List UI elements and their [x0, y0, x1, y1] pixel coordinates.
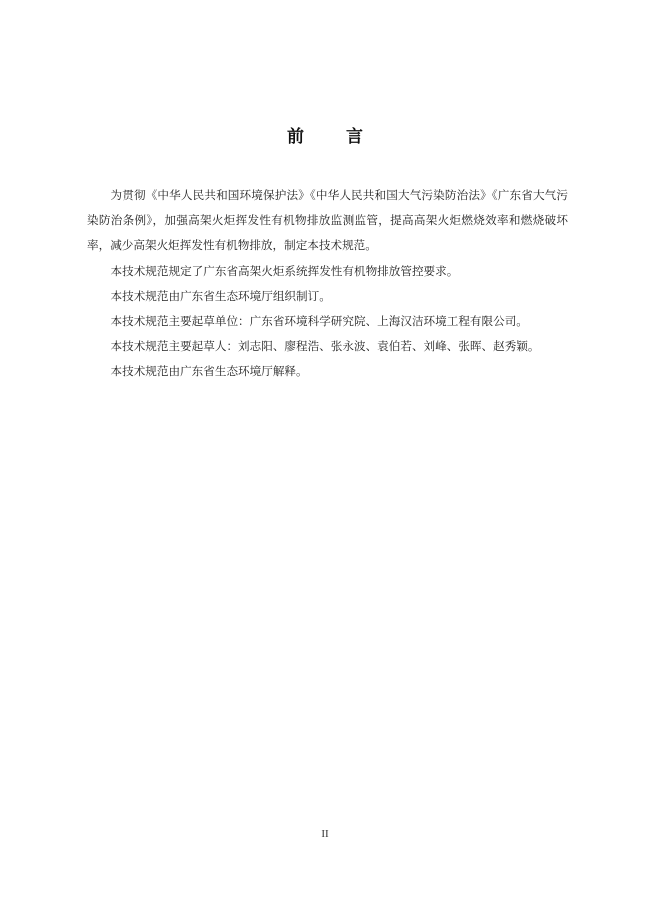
paragraph-purpose: 为贯彻《中华人民共和国环境保护法》《中华人民共和国大气污染防治法》《广东省大气污… [87, 183, 568, 259]
paragraph-drafters: 本技术规范主要起草人：刘志阳、廖程浩、张永波、袁伯若、刘峰、张晖、赵秀颖。 [87, 334, 568, 359]
paragraph-organizer: 本技术规范由广东省生态环境厅组织制订。 [87, 284, 568, 309]
title-char-2: 言 [346, 122, 363, 147]
title-char-1: 前 [287, 122, 304, 147]
paragraph-interpretation: 本技术规范由广东省生态环境厅解释。 [87, 359, 568, 384]
page-number: II [0, 828, 650, 840]
paragraph-scope: 本技术规范规定了广东省高架火炬系统挥发性有机物排放管控要求。 [87, 259, 568, 284]
document-page: 前言 为贯彻《中华人民共和国环境保护法》《中华人民共和国大气污染防治法》《广东省… [0, 0, 650, 919]
page-title: 前言 [0, 122, 650, 147]
foreword-body: 为贯彻《中华人民共和国环境保护法》《中华人民共和国大气污染防治法》《广东省大气污… [87, 183, 568, 385]
paragraph-drafting-units: 本技术规范主要起草单位：广东省环境科学研究院、上海汉洁环境工程有限公司。 [87, 309, 568, 334]
